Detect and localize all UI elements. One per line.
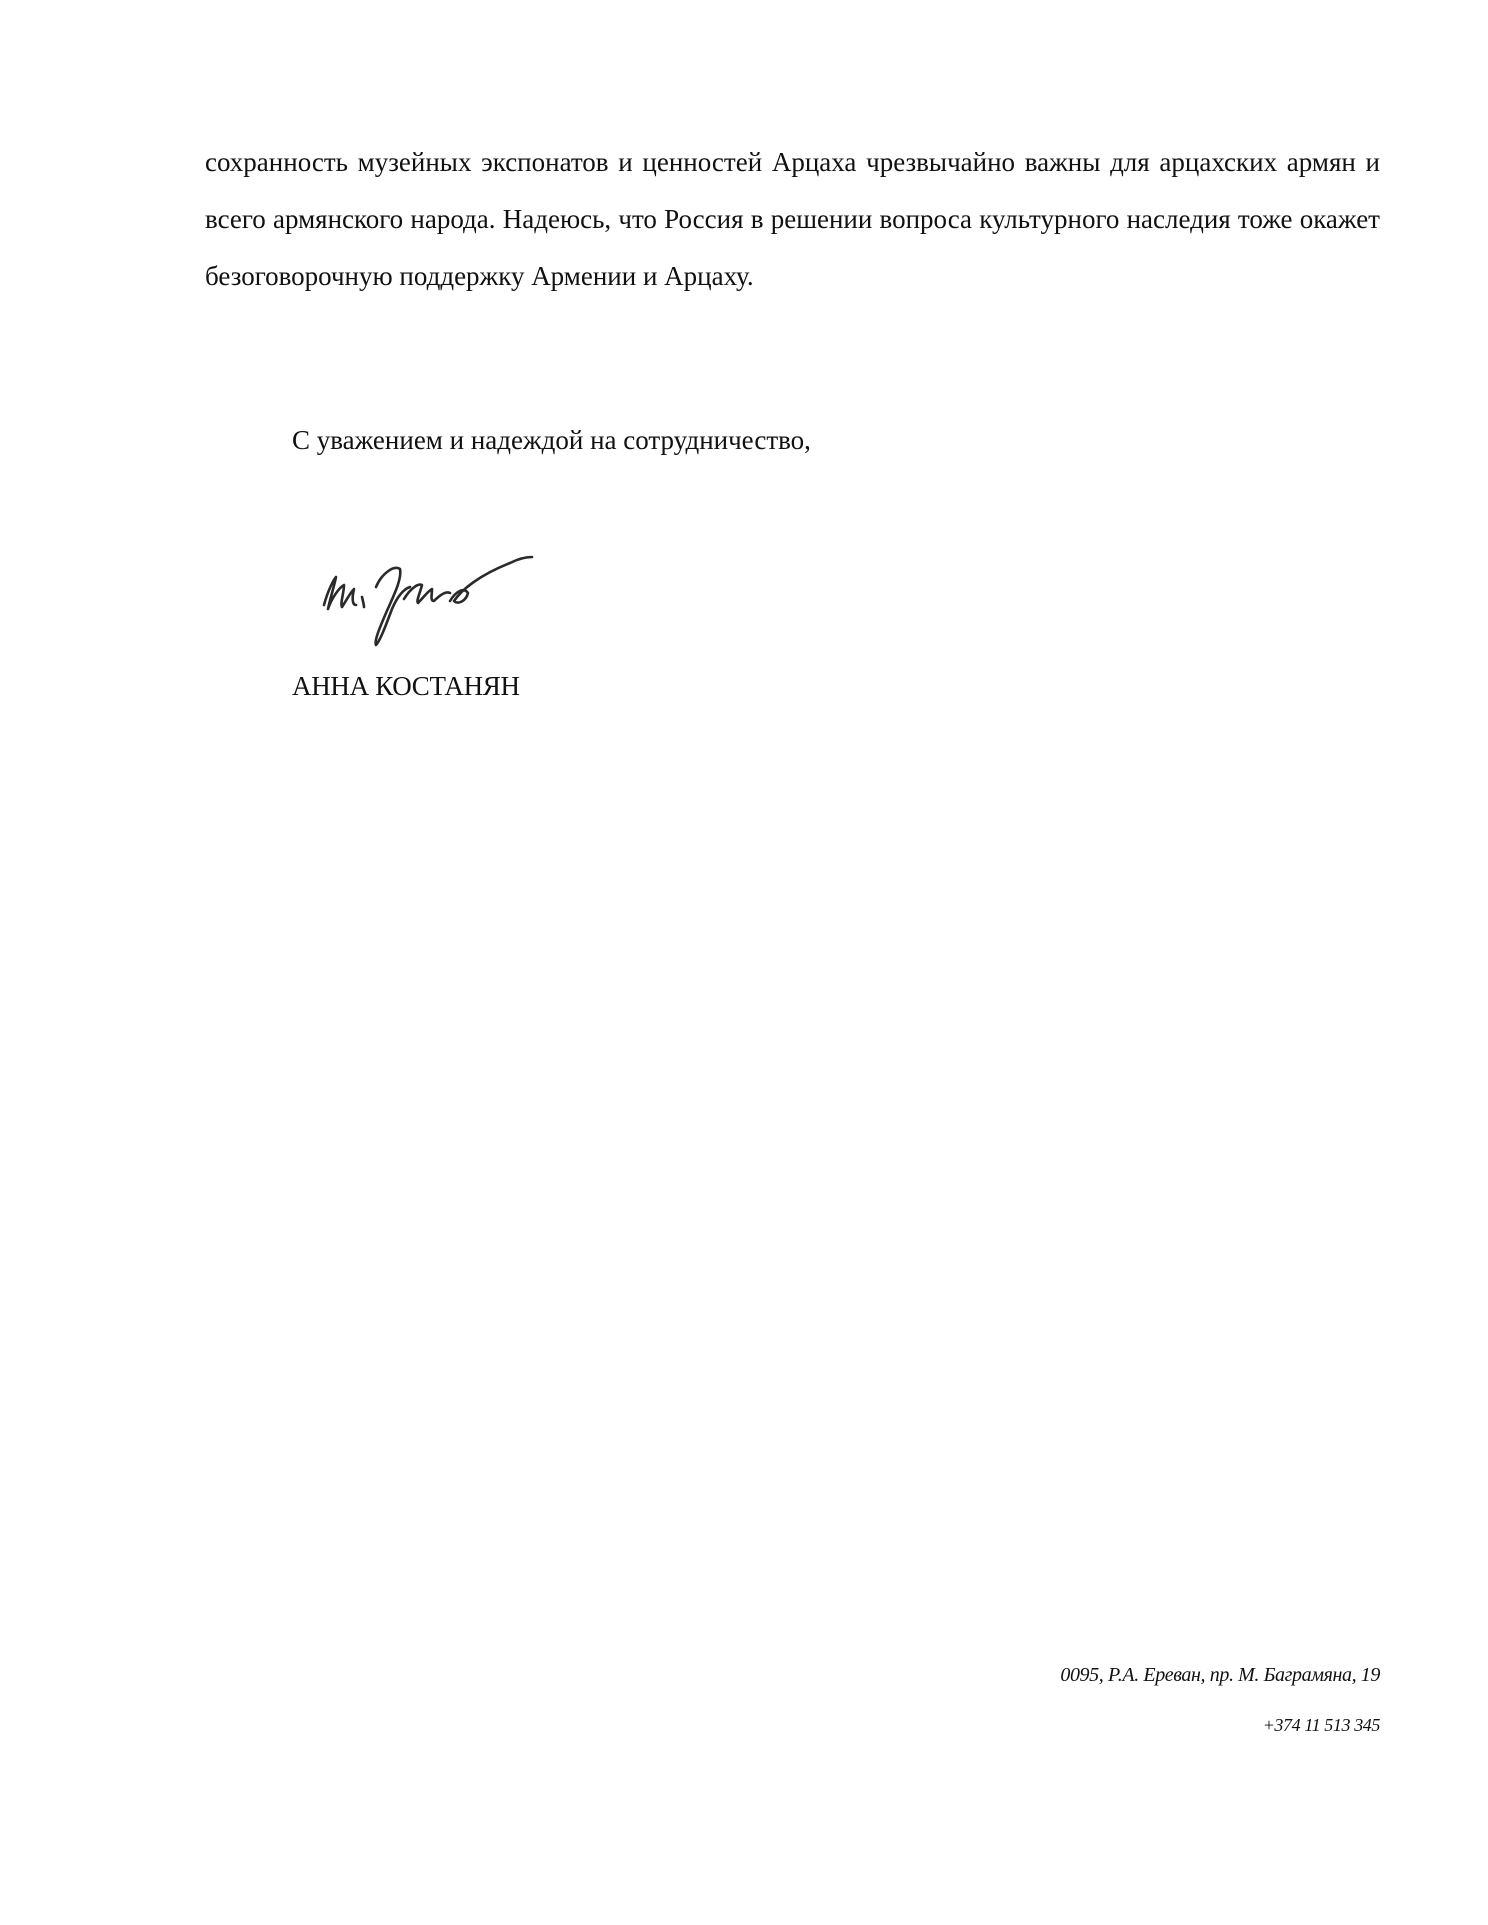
closing-line: С уважением и надеждой на сотрудничество… [292,420,811,460]
footer-contact: 0095, Р.А. Ереван, пр. М. Баграмяна, 19 … [1060,1660,1380,1740]
footer-address: 0095, Р.А. Ереван, пр. М. Баграмяна, 19 [1060,1660,1380,1690]
footer-phone: +374 11 513 345 [1060,1710,1380,1740]
signer-name: АННА КОСТАНЯН [292,666,520,706]
body-paragraph: сохранность музейных экспонатов и ценнос… [205,134,1380,305]
letter-page: сохранность музейных экспонатов и ценнос… [0,0,1488,1925]
signature-icon [300,535,540,655]
